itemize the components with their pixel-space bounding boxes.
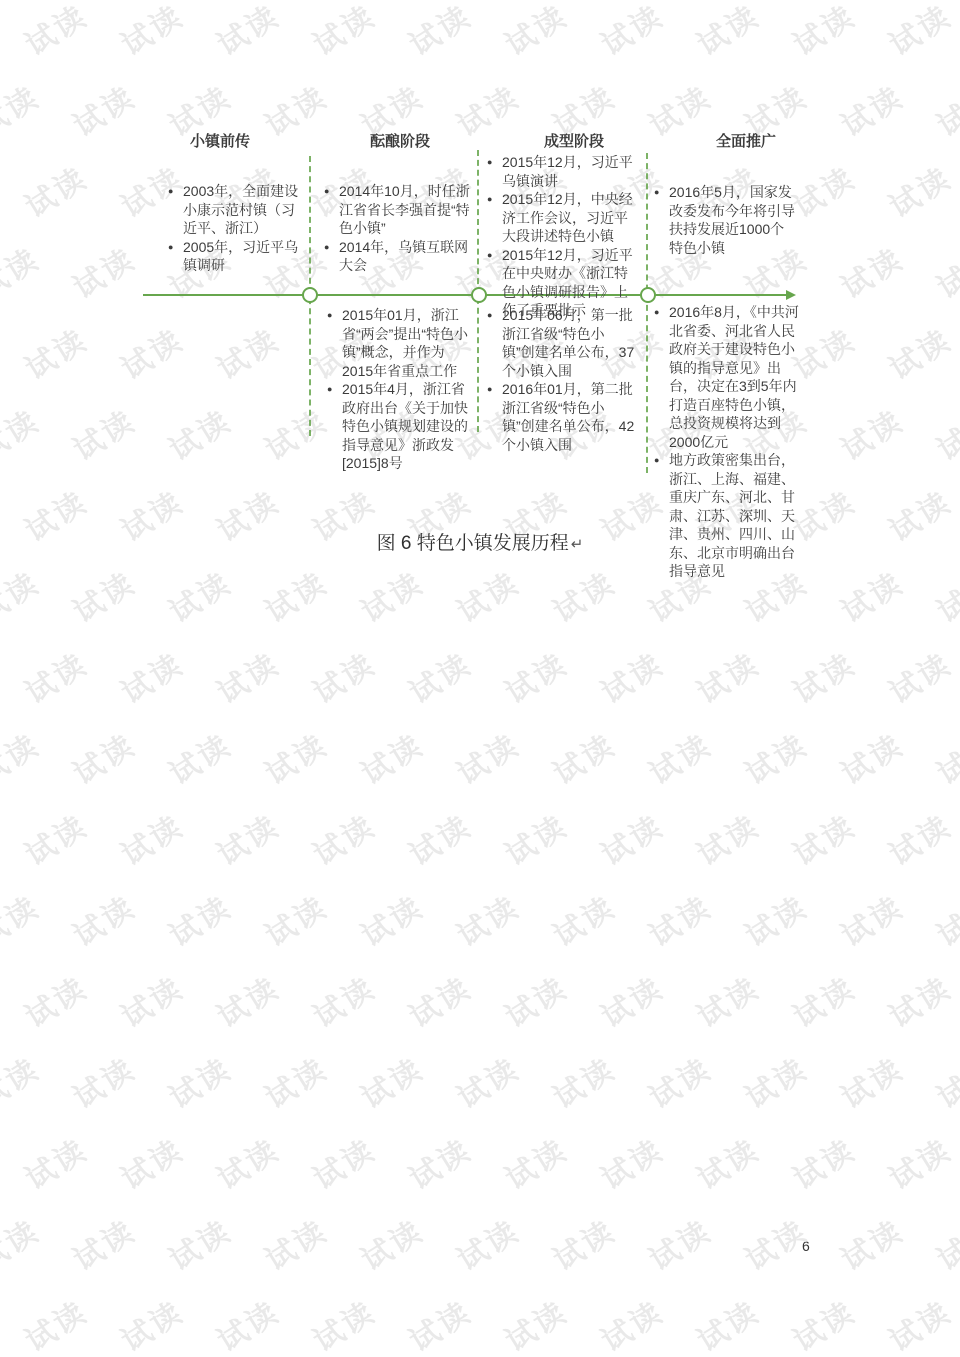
phase-divider-3 (646, 153, 648, 473)
timeline-item: 地方政策密集出台，浙江、上海、福建、重庆广东、河北、甘肃、江苏、深圳、天津、贵州… (654, 451, 800, 581)
timeline-item: 2015年01月，浙江省“两会”提出“特色小镇”概念，并作为2015年省重点工作 (327, 306, 475, 380)
timeline-item: 2015年12月，习近平乌镇演讲 (487, 153, 637, 190)
figure-caption: 图 6 特色小镇发展历程↵ (0, 528, 960, 555)
phase3-events-below: 2015年06月，第一批浙江省级“特色小镇”创建名单公布，37个小镇入围 201… (487, 306, 637, 454)
phase-header-1: 小镇前传 (190, 130, 250, 151)
timeline-item: 2016年5月，国家发改委发布今年将引导扶持发展近1000个特色小镇 (654, 183, 798, 257)
timeline-item: 2014年，乌镇互联网大会 (324, 238, 470, 275)
timeline-item: 2015年12月，中央经济工作会议，习近平大段讲述特色小镇 (487, 190, 637, 246)
phase-header-3: 成型阶段 (544, 130, 604, 151)
phase3-events-above: 2015年12月，习近平乌镇演讲 2015年12月，中央经济工作会议，习近平大段… (487, 153, 637, 320)
paragraph-mark: ↵ (571, 536, 584, 553)
figure-6-timeline: 小镇前传 酝酿阶段 成型阶段 全面推广 2003年，全面建设小康示范村镇（习近平… (0, 0, 960, 1357)
phase2-events-above: 2014年10月，时任浙江省省长李强首提“特色小镇” 2014年，乌镇互联网大会 (324, 182, 470, 275)
timeline-item: 2015年4月，浙江省政府出台《关于加快特色小镇规划建设的指导意见》浙政发[20… (327, 380, 475, 473)
timeline-node-2 (471, 287, 487, 303)
phase4-events-above: 2016年5月，国家发改委发布今年将引导扶持发展近1000个特色小镇 (654, 183, 798, 257)
figure-caption-text: 图 6 特色小镇发展历程 (377, 533, 569, 554)
timeline-node-3 (640, 287, 656, 303)
timeline-item: 2005年，习近平乌镇调研 (168, 238, 308, 275)
timeline-item: 2016年8月，《中共河北省委、河北省人民政府关于建设特色小镇的指导意见》出台，… (654, 303, 800, 451)
phase1-events-above: 2003年，全面建设小康示范村镇（习近平、浙江） 2005年，习近平乌镇调研 (168, 182, 308, 275)
timeline-item: 2003年，全面建设小康示范村镇（习近平、浙江） (168, 182, 308, 238)
phase2-events-below: 2015年01月，浙江省“两会”提出“特色小镇”概念，并作为2015年省重点工作… (327, 306, 475, 473)
timeline-node-1 (302, 287, 318, 303)
phase-header-2: 酝酿阶段 (370, 130, 430, 151)
document-page: 试读试读试读试读试读试读试读试读试读试读试读试读试读试读试读试读试读试读试读试读… (0, 0, 960, 1357)
timeline-item: 2015年06月，第一批浙江省级“特色小镇”创建名单公布，37个小镇入围 (487, 306, 637, 380)
timeline-item: 2014年10月，时任浙江省省长李强首提“特色小镇” (324, 182, 470, 238)
timeline-item: 2016年01月，第二批浙江省级“特色小镇”创建名单公布，42个小镇入围 (487, 380, 637, 454)
timeline-axis (143, 294, 788, 296)
timeline-arrowhead-icon (786, 290, 796, 300)
phase-header-4: 全面推广 (716, 130, 776, 151)
